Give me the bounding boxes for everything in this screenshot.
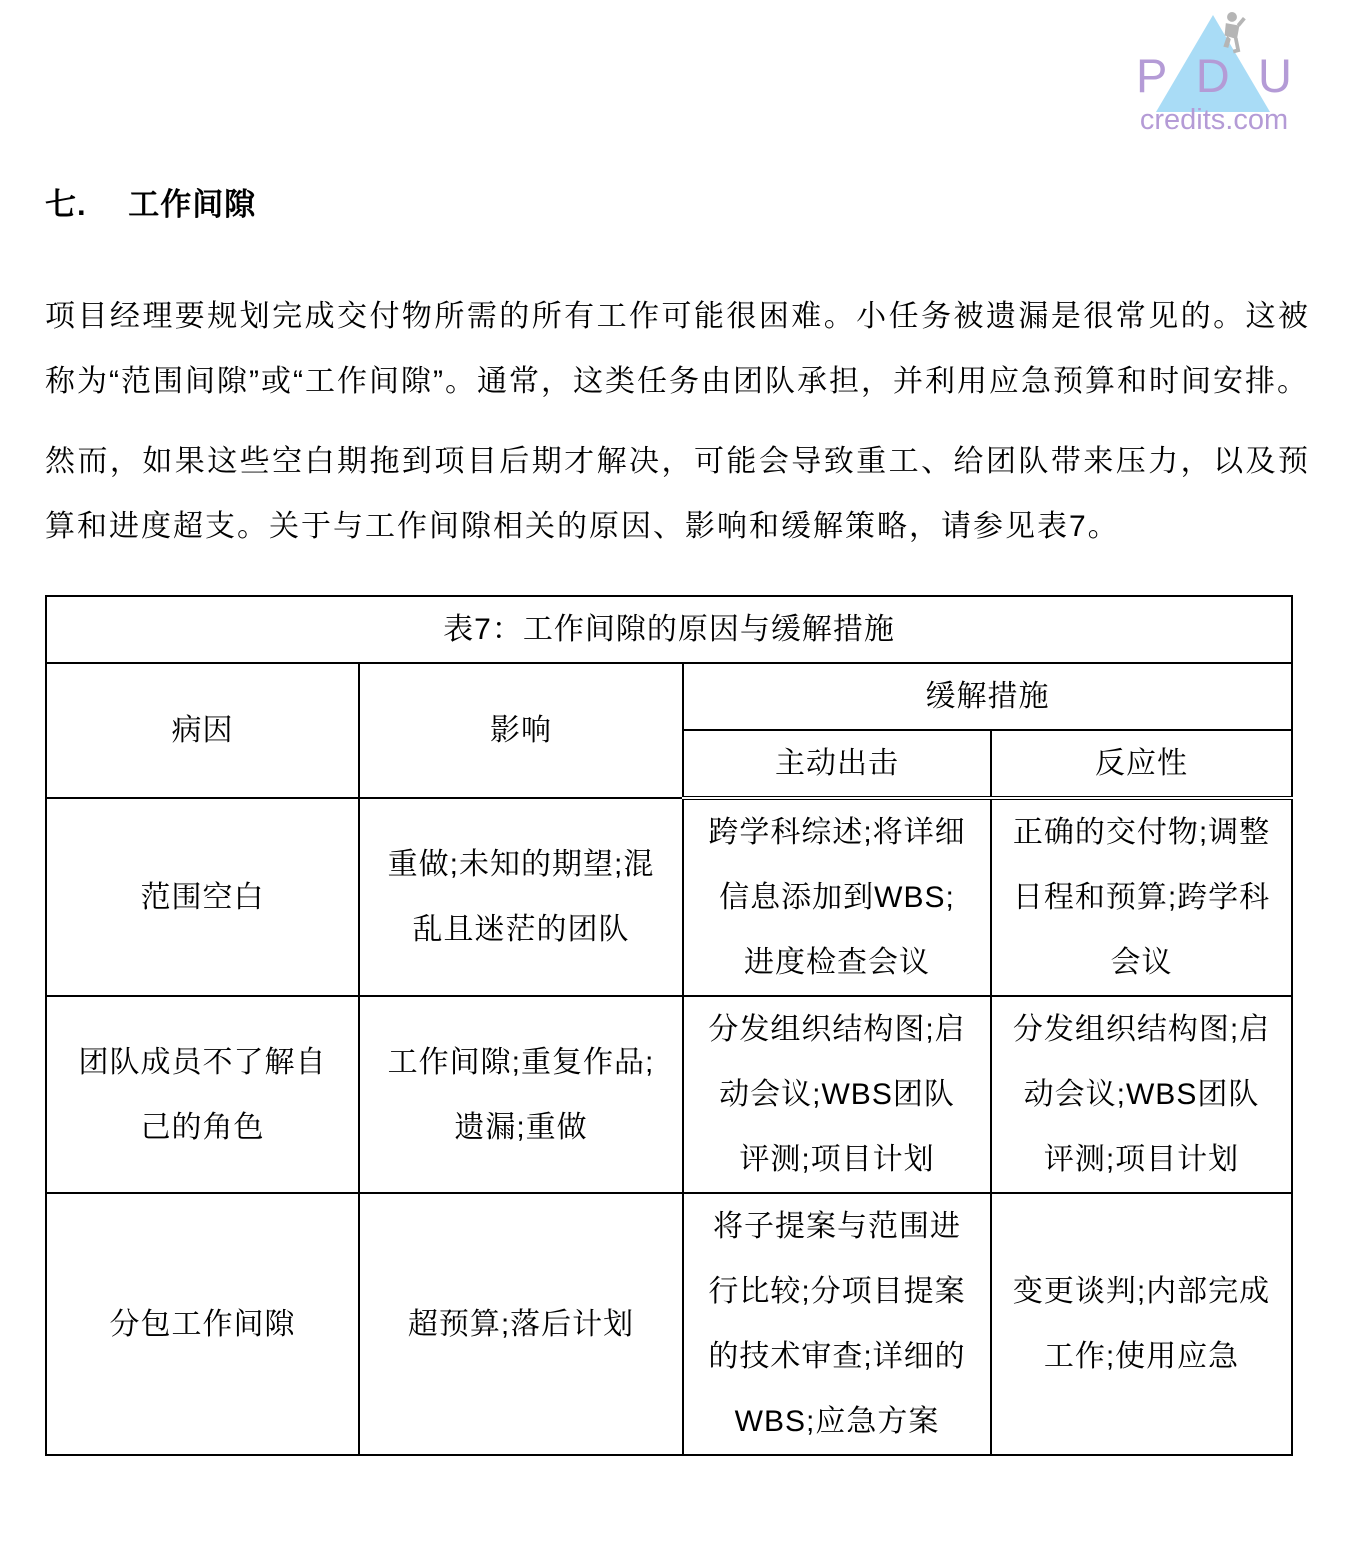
table-row-scope-blank: 范围空白 重做;未知的期望;混乱且迷茫的团队 跨学科综述;将详细信息添加到WBS… [46,798,1292,996]
logo-letter-p: P [1136,52,1167,99]
cell-impact: 工作间隙;重复作品;遗漏;重做 [359,996,683,1193]
climber-icon [1217,12,1247,54]
column-header-cause: 病因 [46,663,359,798]
cell-cause: 团队成员不了解自己的角色 [46,996,359,1193]
cell-cause: 范围空白 [46,798,359,996]
logo-letter-u: U [1258,52,1292,99]
section-heading: 七. 工作间隙 [45,188,1310,222]
column-header-mitigation: 缓解措施 [683,663,1292,730]
table-header-row-1: 病因 影响 缓解措施 [46,663,1292,730]
work-gaps-table: 表7：工作间隙的原因与缓解措施 病因 影响 缓解措施 主动出击 反应性 范围空白… [45,595,1293,1456]
cell-impact: 超预算;落后计划 [359,1193,683,1455]
table-title-row: 表7：工作间隙的原因与缓解措施 [46,596,1292,663]
column-header-impact: 影响 [359,663,683,798]
cell-reactive: 正确的交付物;调整日程和预算;跨学科会议 [991,798,1292,996]
logo-letters: P D U [1133,52,1295,99]
paragraph-work-gaps-intro: 项目经理要规划完成交付物所需的所有工作可能很困难。小任务被遗漏是很常见的。这被称… [45,284,1310,414]
column-header-reactive: 反应性 [991,730,1292,798]
cell-reactive: 变更谈判;内部完成工作;使用应急 [991,1193,1292,1455]
document-page: P D U credits.com 七. 工作间隙 项目经理要规划完成交付物所需… [0,0,1365,1567]
cell-cause: 分包工作间隙 [46,1193,359,1455]
table-row-subcontract-gaps: 分包工作间隙 超预算;落后计划 将子提案与范围进行比较;分项目提案的技术审查;详… [46,1193,1292,1455]
document-content: 七. 工作间隙 项目经理要规划完成交付物所需的所有工作可能很困难。小任务被遗漏是… [0,0,1365,1456]
logo-domain-text: credits.com [1125,104,1303,137]
pdu-logo: P D U credits.com [1133,12,1295,137]
column-header-proactive: 主动出击 [683,730,991,798]
paragraph-work-gaps-consequences: 然而，如果这些空白期拖到项目后期才解决，可能会导致重工、给团队带来压力，以及预算… [45,429,1310,559]
cell-proactive: 将子提案与范围进行比较;分项目提案的技术审查;详细的WBS;应急方案 [683,1193,991,1455]
cell-proactive: 跨学科综述;将详细信息添加到WBS;进度检查会议 [683,798,991,996]
section-number: 七. [45,187,87,222]
logo-letter-d: D [1196,52,1230,99]
cell-impact: 重做;未知的期望;混乱且迷茫的团队 [359,798,683,996]
section-title: 工作间隙 [128,187,256,222]
cell-proactive: 分发组织结构图;启动会议;WBS团队评测;项目计划 [683,996,991,1193]
cell-reactive: 分发组织结构图;启动会议;WBS团队评测;项目计划 [991,996,1292,1193]
table-row-roles-unknown: 团队成员不了解自己的角色 工作间隙;重复作品;遗漏;重做 分发组织结构图;启动会… [46,996,1292,1193]
table-title: 表7：工作间隙的原因与缓解措施 [46,596,1292,663]
